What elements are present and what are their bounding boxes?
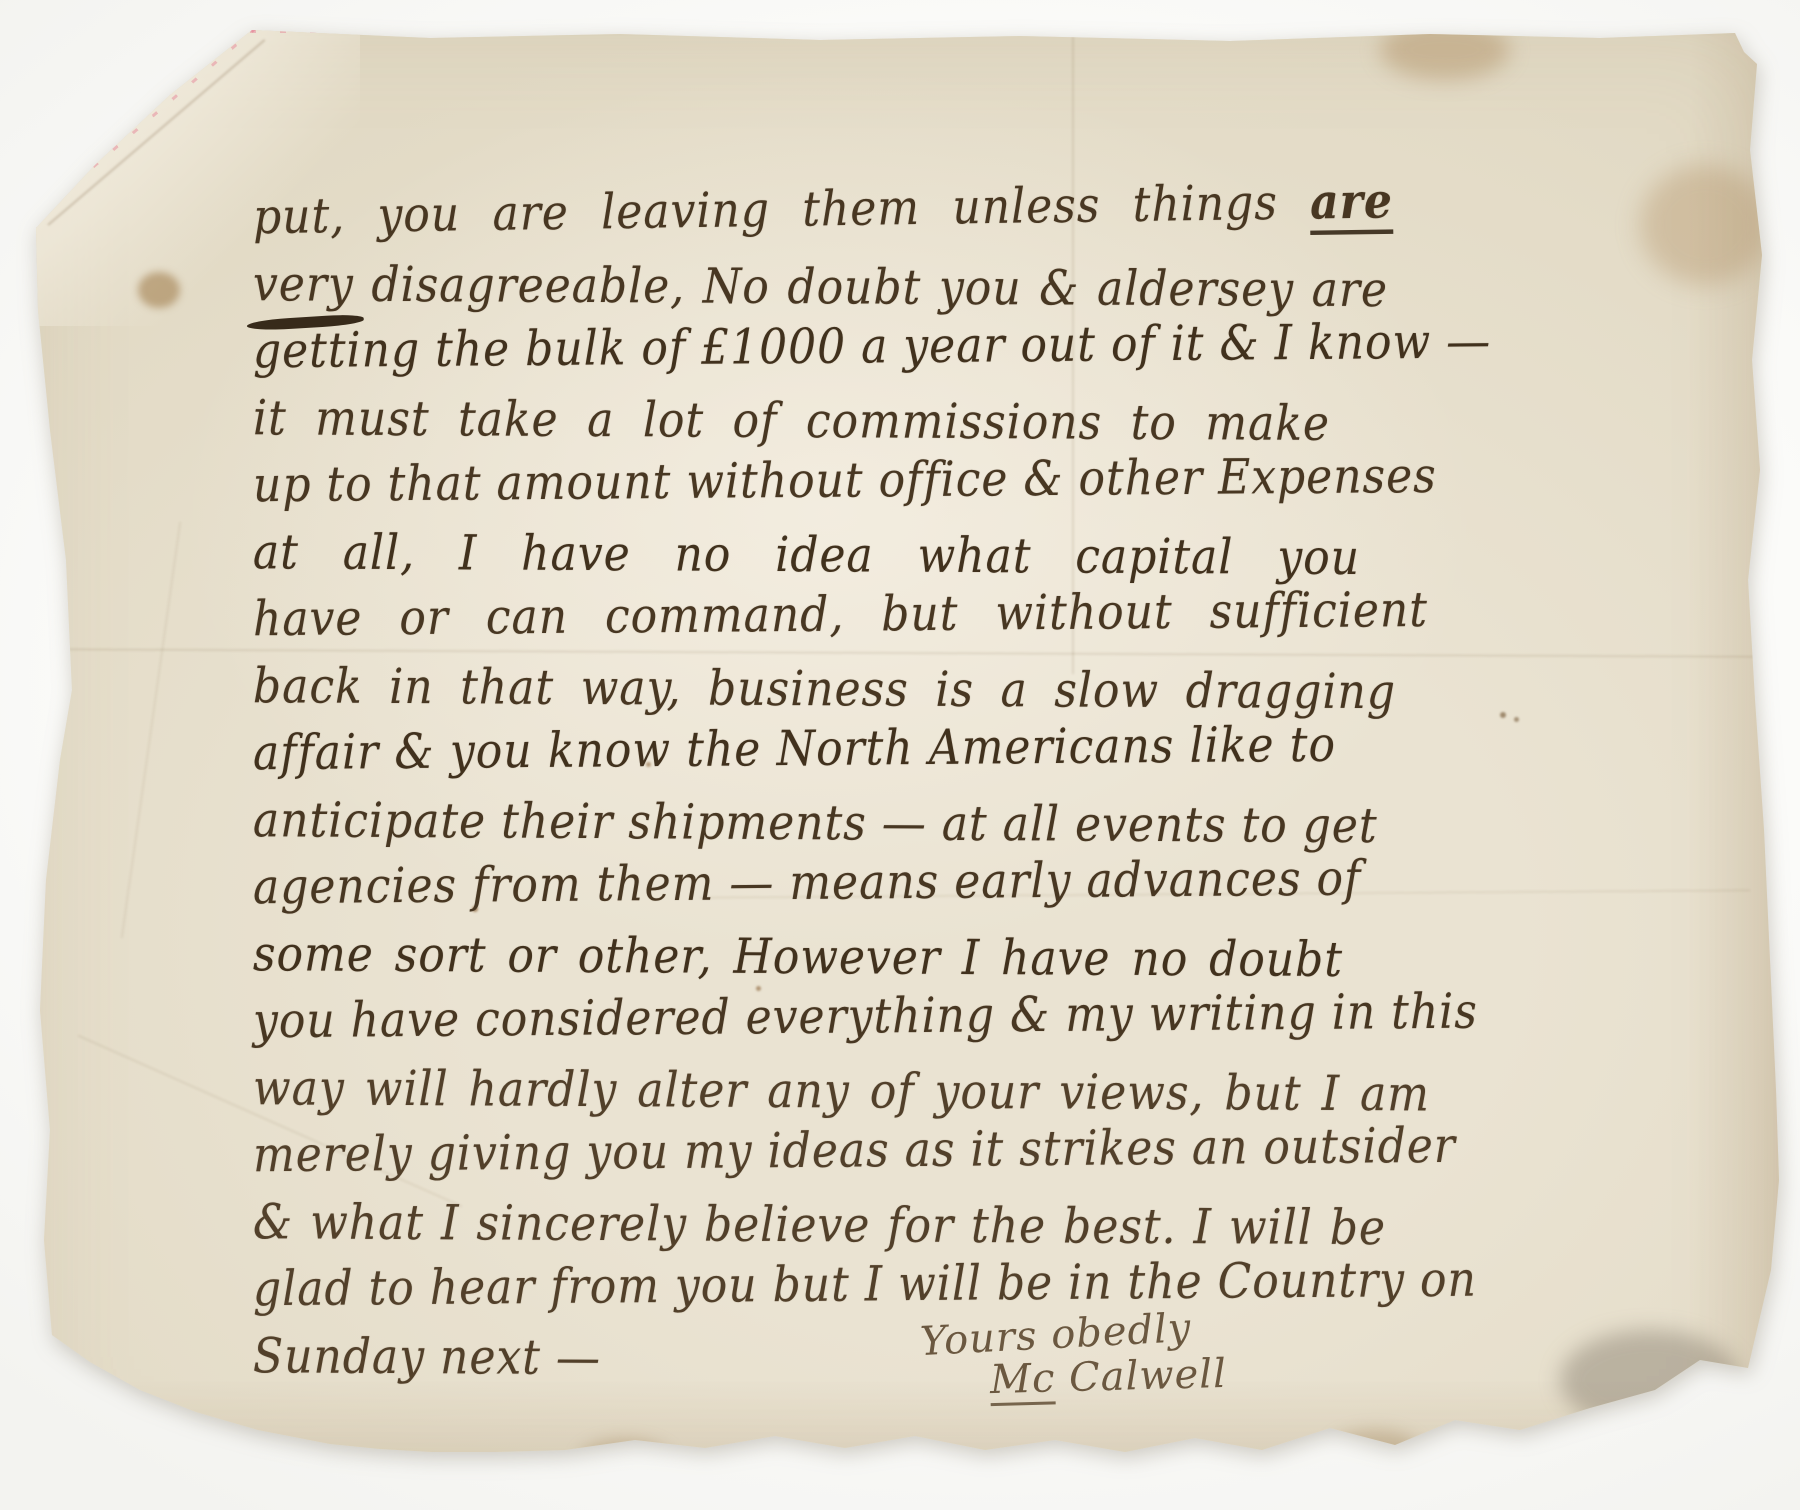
edge-shading bbox=[1688, 30, 1780, 1430]
signature-name-rest: Calwell bbox=[1055, 1351, 1228, 1401]
letter-text: agencies from them — means early advance… bbox=[253, 851, 1362, 916]
red-edge-marks bbox=[250, 29, 1738, 33]
letter-text: Sunday next — bbox=[253, 1328, 601, 1386]
letter-line: have or can command, but without suffici… bbox=[253, 575, 1429, 658]
letter-line: getting the bulk of £1000 a year out of … bbox=[253, 308, 1409, 391]
letter-lines: put, you are leaving them unless things … bbox=[253, 186, 1513, 1392]
stain bbox=[138, 272, 180, 308]
stain bbox=[580, 1440, 670, 1480]
letter-text: up to that amount without office & other… bbox=[253, 448, 1437, 513]
letter-line: Sunday next — bbox=[253, 1322, 1513, 1402]
scanned-letter: put, you are leaving them unless things … bbox=[0, 0, 1800, 1510]
letter-line: glad to hear from you but I will be in t… bbox=[253, 1246, 1399, 1329]
letter-text: have or can command, but without suffici… bbox=[253, 582, 1428, 647]
letter-text: you have considered everything & my writ… bbox=[253, 984, 1478, 1050]
letter-word-emphasis: very bbox=[253, 256, 354, 313]
letter-line: put, you are leaving them unless things … bbox=[252, 167, 1393, 257]
letter-word-emphasis: are bbox=[1310, 173, 1394, 235]
red-edge-marks bbox=[31, 240, 34, 1330]
letter-text: affair & you know the North Americans li… bbox=[253, 717, 1336, 782]
letter-line: affair & you know the North Americans li… bbox=[253, 710, 1337, 792]
letter-line: you have considered everything & my writ… bbox=[253, 977, 1424, 1060]
signature-name: Mc Calwell bbox=[989, 1351, 1227, 1403]
letter-line: up to that amount without office & other… bbox=[253, 442, 1394, 525]
letter-text: merely giving you my ideas as it strikes… bbox=[253, 1118, 1456, 1184]
paper-shadow-wrap: put, you are leaving them unless things … bbox=[0, 0, 1800, 1510]
letter-paper: put, you are leaving them unless things … bbox=[0, 0, 1800, 1510]
letter-line: merely giving you my ideas as it strikes… bbox=[253, 1111, 1444, 1194]
signature-name-prefix: Mc bbox=[989, 1355, 1056, 1406]
letter-line: agencies from them — means early advance… bbox=[253, 844, 1309, 926]
letter-text: put, you are leaving them unless things bbox=[253, 174, 1311, 245]
crease-line bbox=[121, 522, 181, 938]
stain bbox=[1514, 717, 1519, 722]
letter-text: getting the bulk of £1000 a year out of … bbox=[253, 314, 1492, 380]
stain bbox=[1380, 20, 1510, 80]
letter-text: glad to hear from you but I will be in t… bbox=[253, 1252, 1477, 1318]
